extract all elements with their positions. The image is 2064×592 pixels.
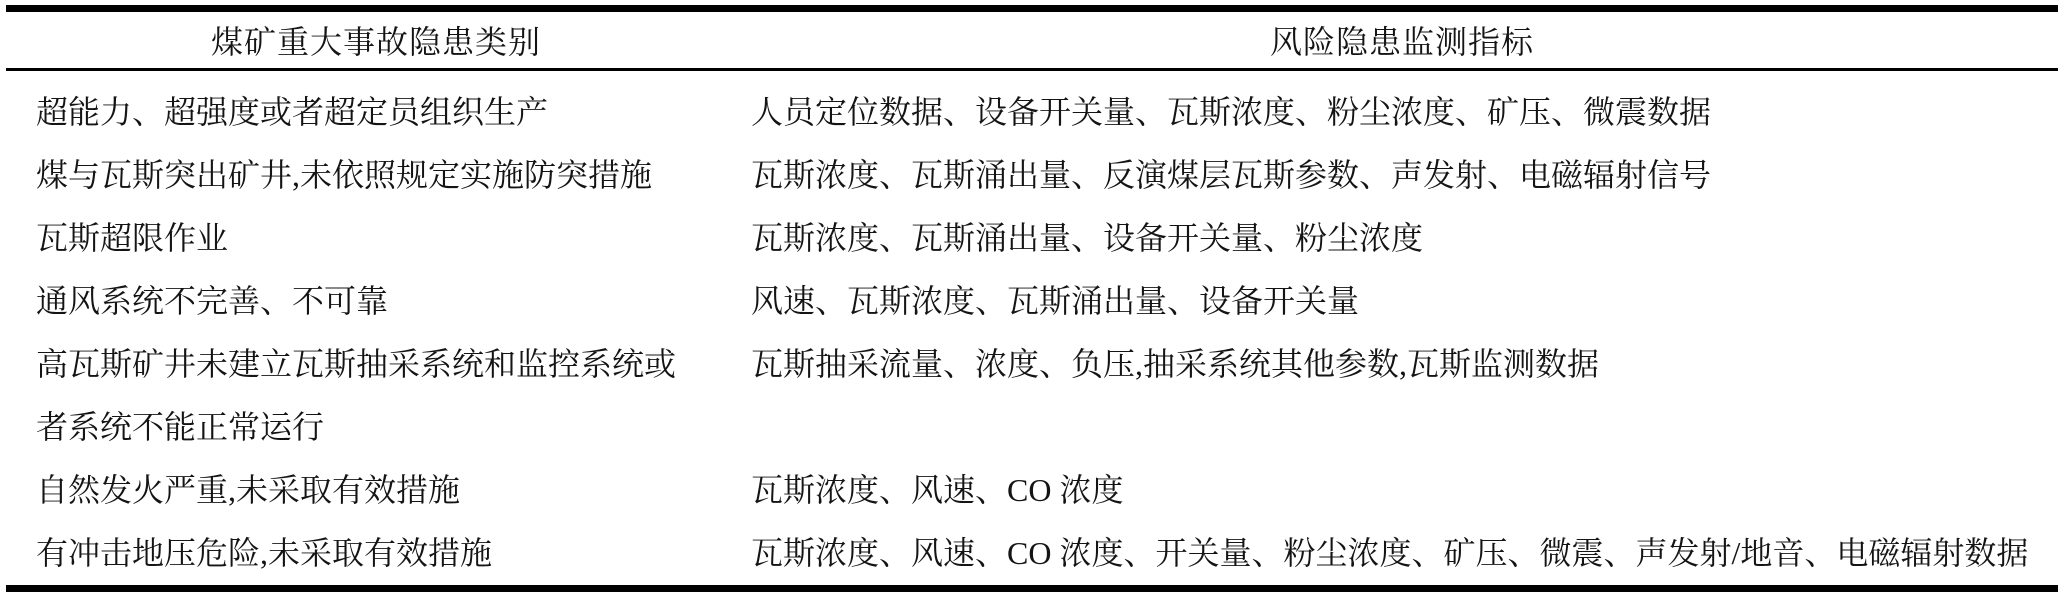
category-cell: 瓦斯超限作业 [6,207,746,270]
indicators-cell: 瓦斯抽采流量、浓度、负压,抽采系统其他参数,瓦斯监测数据 [746,333,2058,396]
column-header-category: 煤矿重大事故隐患类别 [6,17,746,63]
hazard-indicator-table: 煤矿重大事故隐患类别 风险隐患监测指标 超能力、超强度或者超定员组织生产 人员定… [6,5,2058,592]
table-row: 通风系统不完善、不可靠 风速、瓦斯浓度、瓦斯涌出量、设备开关量 [6,270,2058,333]
table-header-row: 煤矿重大事故隐患类别 风险隐患监测指标 [6,12,2058,71]
table-row: 瓦斯超限作业 瓦斯浓度、瓦斯涌出量、设备开关量、粉尘浓度 [6,207,2058,270]
category-cell: 自然发火严重,未采取有效措施 [6,459,746,522]
indicators-cell: 人员定位数据、设备开关量、瓦斯浓度、粉尘浓度、矿压、微震数据 [746,81,2058,144]
indicators-cell: 瓦斯浓度、瓦斯涌出量、设备开关量、粉尘浓度 [746,207,2058,270]
table-row: 有冲击地压危险,未采取有效措施 瓦斯浓度、风速、CO 浓度、开关量、粉尘浓度、矿… [6,522,2058,585]
indicators-cell: 风速、瓦斯浓度、瓦斯涌出量、设备开关量 [746,270,2058,333]
category-cell: 高瓦斯矿井未建立瓦斯抽采系统和监控系统或者系统不能正常运行 [6,333,746,459]
category-cell: 通风系统不完善、不可靠 [6,270,746,333]
column-header-indicators: 风险隐患监测指标 [746,17,2058,63]
indicators-cell: 瓦斯浓度、风速、CO 浓度、开关量、粉尘浓度、矿压、微震、声发射/地音、电磁辐射… [746,522,2058,585]
table-row: 自然发火严重,未采取有效措施 瓦斯浓度、风速、CO 浓度 [6,459,2058,522]
category-cell: 超能力、超强度或者超定员组织生产 [6,81,746,144]
indicators-cell: 瓦斯浓度、瓦斯涌出量、反演煤层瓦斯参数、声发射、电磁辐射信号 [746,144,2058,207]
category-cell: 有冲击地压危险,未采取有效措施 [6,522,746,585]
table-body: 超能力、超强度或者超定员组织生产 人员定位数据、设备开关量、瓦斯浓度、粉尘浓度、… [6,71,2058,585]
table-row: 超能力、超强度或者超定员组织生产 人员定位数据、设备开关量、瓦斯浓度、粉尘浓度、… [6,81,2058,144]
category-cell: 煤与瓦斯突出矿井,未依照规定实施防突措施 [6,144,746,207]
indicators-cell: 瓦斯浓度、风速、CO 浓度 [746,459,2058,522]
table-row: 高瓦斯矿井未建立瓦斯抽采系统和监控系统或者系统不能正常运行 瓦斯抽采流量、浓度、… [6,333,2058,459]
page: 煤矿重大事故隐患类别 风险隐患监测指标 超能力、超强度或者超定员组织生产 人员定… [0,0,2064,592]
table-row: 煤与瓦斯突出矿井,未依照规定实施防突措施 瓦斯浓度、瓦斯涌出量、反演煤层瓦斯参数… [6,144,2058,207]
